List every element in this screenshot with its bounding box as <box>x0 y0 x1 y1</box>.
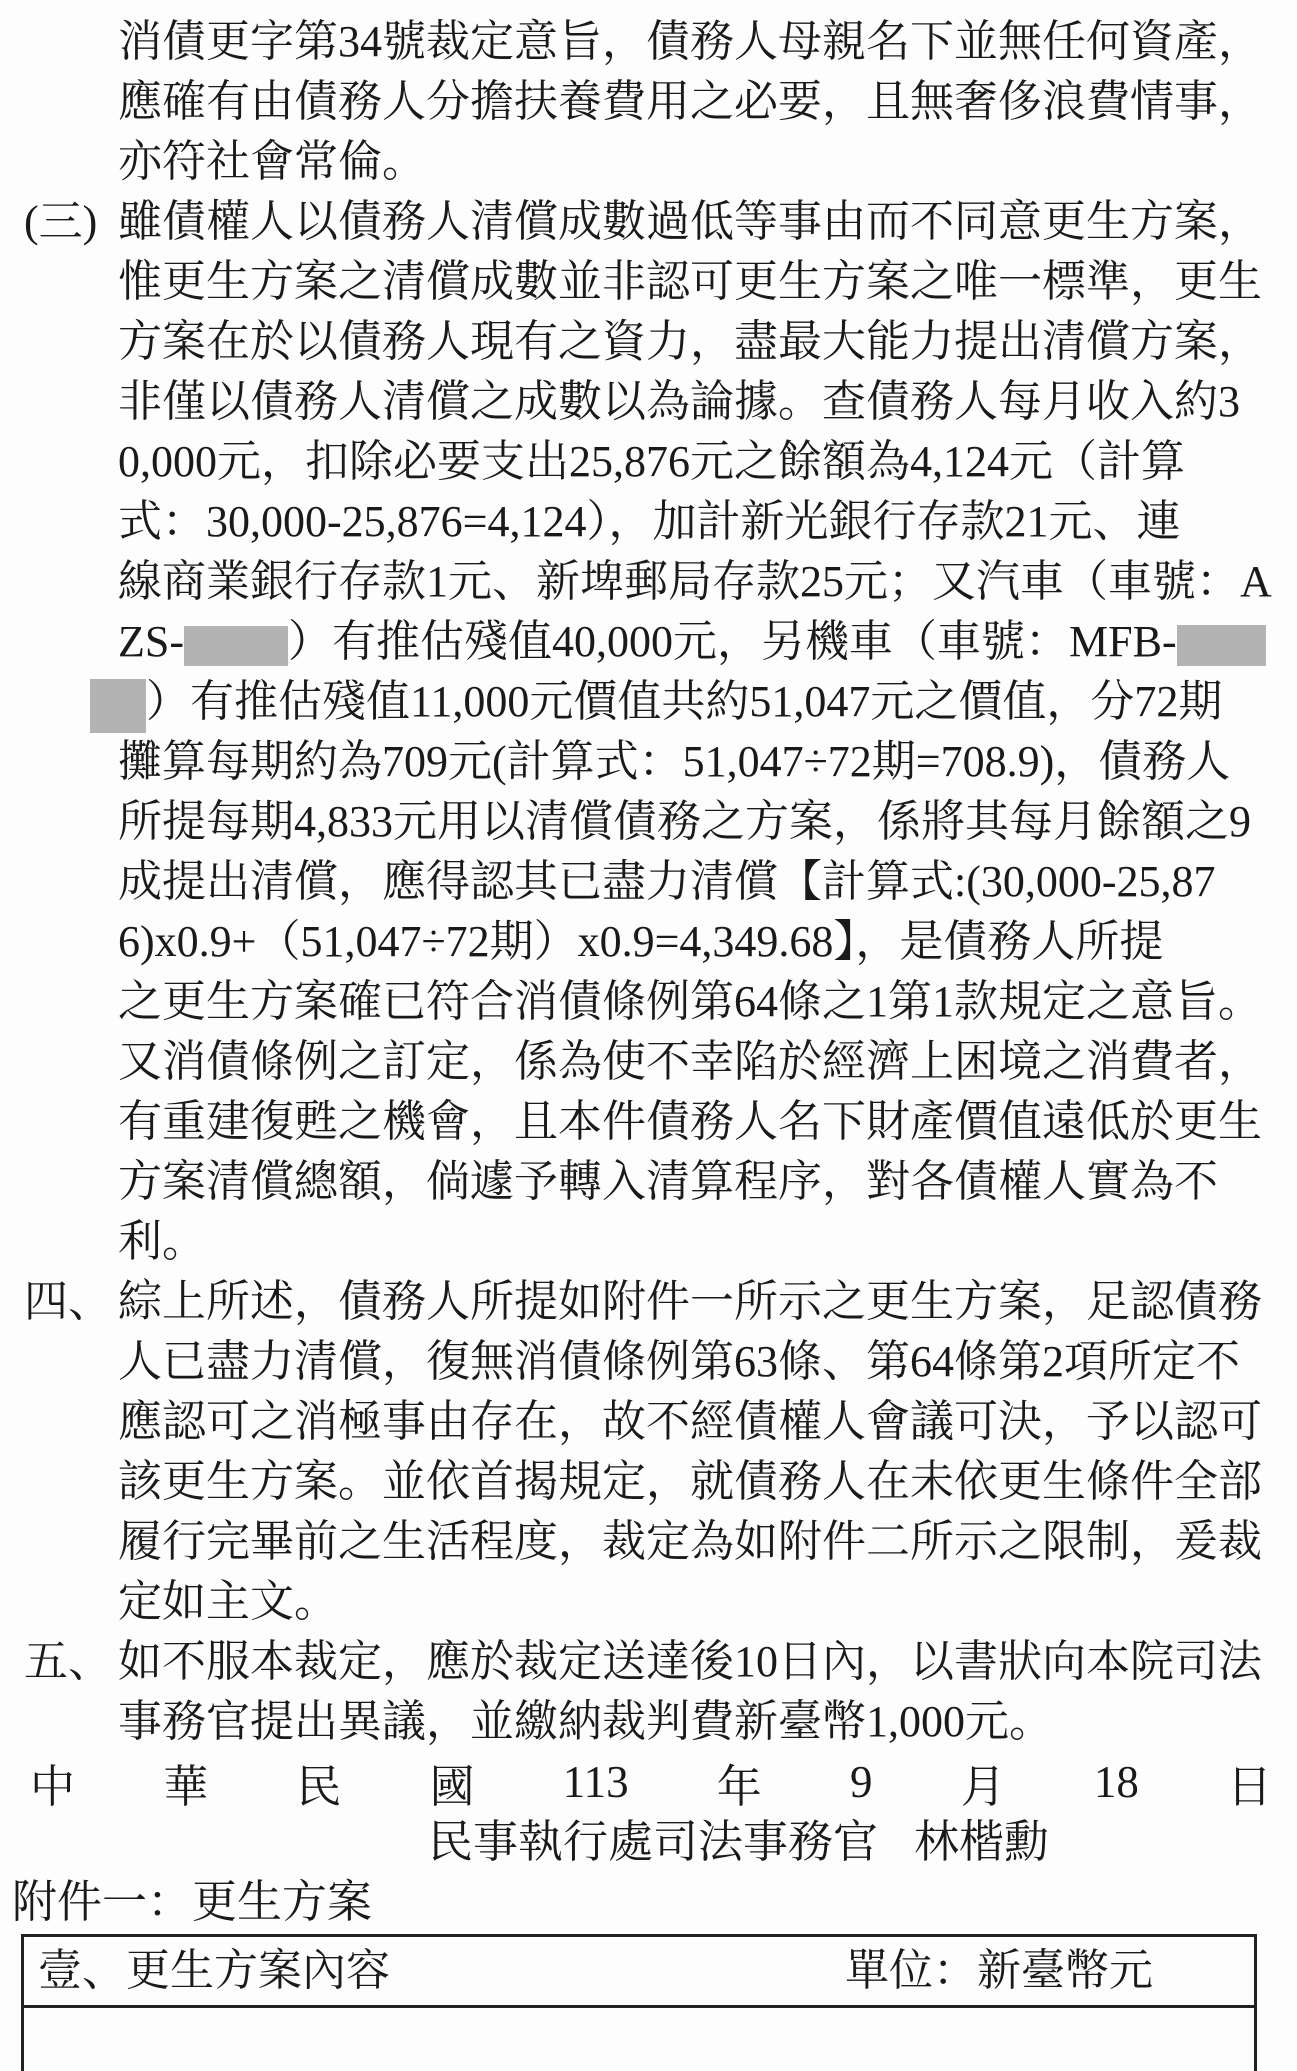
document-line: 方案清償總額，倘遽予轉入清算程序，對各債權人實為不 <box>0 1152 1297 1212</box>
line-text: 惟更生方案之清償成數並非認可更生方案之唯一標準，更生 <box>118 257 1262 306</box>
date-token: 民 <box>296 1750 341 1815</box>
date-line: 中華民國113年9月18日 <box>0 1752 1297 1812</box>
date-token: 月 <box>961 1750 1006 1815</box>
document-line: 0,000元，扣除必要支出25,876元之餘額為4,124元（計算 <box>0 432 1297 492</box>
attachment-table-empty-row <box>24 2008 1254 2071</box>
document-line: 五、如不服本裁定，應於裁定送達後10日內，以書狀向本院司法 <box>0 1632 1297 1692</box>
line-text: 雖債權人以債務人清償成數過低等事由而不同意更生方案， <box>118 197 1262 246</box>
document-line: 之更生方案確已符合消債條例第64條之1第1款規定之意旨。 <box>0 972 1297 1032</box>
line-text: ZS- <box>118 617 184 666</box>
line-text: 履行完畢前之生活程度，裁定為如附件二所示之限制，爰裁 <box>118 1517 1262 1566</box>
document-line: 四、綜上所述，債務人所提如附件一所示之更生方案，足認債務 <box>0 1272 1297 1332</box>
attachment-table-title: 壹、更生方案內容 <box>38 1946 390 1995</box>
document-line: 攤算每期約為709元(計算式：51,047÷72期=708.9)，債務人 <box>0 732 1297 792</box>
attachment-table-unit: 單位：新臺幣元 <box>845 1937 1153 2005</box>
date-token: 18 <box>1094 1756 1139 1808</box>
line-text: 如不服本裁定，應於裁定送達後10日內，以書狀向本院司法 <box>118 1637 1262 1686</box>
date-token: 年 <box>717 1750 762 1815</box>
signature-line: 民事執行處司法事務官林楷勳 <box>428 1812 1049 1872</box>
document-line: 定如主文。 <box>0 1572 1297 1632</box>
date-token: 中 <box>30 1750 75 1815</box>
attachment-table: 壹、更生方案內容 單位：新臺幣元 <box>21 1934 1257 2071</box>
line-text: 利。 <box>118 1217 206 1266</box>
document-line: 有重建復甦之機會，且本件債務人名下財產價值遠低於更生 <box>0 1092 1297 1152</box>
line-text: 攤算每期約為709元(計算式：51,047÷72期=708.9)，債務人 <box>118 737 1230 786</box>
document-line: ）有推估殘值11,000元價值共約51,047元之價值，分72期 <box>0 672 1297 732</box>
document-line: 該更生方案。並依首揭規定，就債務人在未依更生條件全部 <box>0 1452 1297 1512</box>
date-token: 國 <box>430 1750 475 1815</box>
redaction-box <box>90 679 146 733</box>
list-item-marker: 四、 <box>24 1272 112 1332</box>
line-text: 亦符社會常倫。 <box>118 137 426 186</box>
signature-title: 民事執行處司法事務官 <box>428 1817 878 1867</box>
document-line: 應認可之消極事由存在，故不經債權人會議可決，予以認可 <box>0 1392 1297 1452</box>
line-text: 應確有由債務人分擔扶養費用之必要，且無奢侈浪費情事， <box>118 77 1262 126</box>
document-line: 亦符社會常倫。 <box>0 132 1297 192</box>
document-line: 式：30,000-25,876=4,124），加計新光銀行存款21元、連 <box>0 492 1297 552</box>
line-text: 0,000元，扣除必要支出25,876元之餘額為4,124元（計算 <box>118 437 1185 486</box>
document-line: 成提出清償，應得認其已盡力清償【計算式:(30,000-25,87 <box>0 852 1297 912</box>
ruling-body-text: 消債更字第34號裁定意旨，債務人母親名下並無任何資產，應確有由債務人分擔扶養費用… <box>0 12 1297 1752</box>
list-item-marker: (三) <box>24 192 97 252</box>
list-item-marker: 五、 <box>24 1632 112 1692</box>
redaction-box <box>1177 625 1266 666</box>
document-line: 履行完畢前之生活程度，裁定為如附件二所示之限制，爰裁 <box>0 1512 1297 1572</box>
line-text: 式：30,000-25,876=4,124），加計新光銀行存款21元、連 <box>118 497 1180 546</box>
document-line: 利。 <box>0 1212 1297 1272</box>
line-text: 人已盡力清償，復無消債條例第63條、第64條第2項所定不 <box>118 1337 1240 1386</box>
date-token: 9 <box>850 1756 873 1808</box>
document-line: 所提每期4,833元用以清償債務之方案，係將其每月餘額之9 <box>0 792 1297 852</box>
document-line: 線商業銀行存款1元、新埤郵局存款25元；又汽車（車號：A <box>0 552 1297 612</box>
signature-name: 林楷勳 <box>914 1817 1049 1867</box>
court-ruling-page: 消債更字第34號裁定意旨，債務人母親名下並無任何資產，應確有由債務人分擔扶養費用… <box>0 0 1297 2071</box>
document-line: 事務官提出異議，並繳納裁判費新臺幣1,000元。 <box>0 1692 1297 1752</box>
line-text: 方案清償總額，倘遽予轉入清算程序，對各債權人實為不 <box>118 1157 1218 1206</box>
document-line: 又消債條例之訂定，係為使不幸陷於經濟上困境之消費者， <box>0 1032 1297 1092</box>
document-line: 消債更字第34號裁定意旨，債務人母親名下並無任何資產， <box>0 12 1297 72</box>
document-line: 非僅以債務人清償之成數以為論據。查債務人每月收入約3 <box>0 372 1297 432</box>
document-line: ZS-）有推估殘值40,000元，另機車（車號：MFB- <box>0 612 1297 672</box>
attachment-table-header-row: 壹、更生方案內容 單位：新臺幣元 <box>24 1937 1254 2008</box>
document-line: 惟更生方案之清償成數並非認可更生方案之唯一標準，更生 <box>0 252 1297 312</box>
document-line: 應確有由債務人分擔扶養費用之必要，且無奢侈浪費情事， <box>0 72 1297 132</box>
line-text: 事務官提出異議，並繳納裁判費新臺幣1,000元。 <box>118 1697 1053 1746</box>
document-line: 方案在於以債務人現有之資力，盡最大能力提出清償方案， <box>0 312 1297 372</box>
line-text: 成提出清償，應得認其已盡力清償【計算式:(30,000-25,87 <box>118 857 1216 906</box>
line-text: 方案在於以債務人現有之資力，盡最大能力提出清償方案， <box>118 317 1262 366</box>
redaction-box <box>184 626 288 666</box>
line-text: ）有推估殘值40,000元，另機車（車號：MFB- <box>288 617 1177 666</box>
line-text: 有重建復甦之機會，且本件債務人名下財產價值遠低於更生 <box>118 1097 1262 1146</box>
line-text: 綜上所述，債務人所提如附件一所示之更生方案，足認債務 <box>118 1277 1262 1326</box>
line-text: 應認可之消極事由存在，故不經債權人會議可決，予以認可 <box>118 1397 1262 1446</box>
line-text: 該更生方案。並依首揭規定，就債務人在未依更生條件全部 <box>118 1457 1262 1506</box>
line-text: 6)x0.9+（51,047÷72期）x0.9=4,349.68】，是債務人所提 <box>118 917 1163 966</box>
line-text: 非僅以債務人清償之成數以為論據。查債務人每月收入約3 <box>118 377 1240 426</box>
date-token: 113 <box>563 1756 629 1808</box>
date-token: 華 <box>163 1750 208 1815</box>
attachment-label: 附件一：更生方案 <box>12 1872 372 1932</box>
line-text: 又消債條例之訂定，係為使不幸陷於經濟上困境之消費者， <box>118 1037 1262 1086</box>
document-line: 6)x0.9+（51,047÷72期）x0.9=4,349.68】，是債務人所提 <box>0 912 1297 972</box>
document-line: 人已盡力清償，復無消債條例第63條、第64條第2項所定不 <box>0 1332 1297 1392</box>
line-text: 之更生方案確已符合消債條例第64條之1第1款規定之意旨。 <box>118 977 1262 1026</box>
document-line: (三)雖債權人以債務人清償成數過低等事由而不同意更生方案， <box>0 192 1297 252</box>
line-text: 消債更字第34號裁定意旨，債務人母親名下並無任何資產， <box>118 17 1262 66</box>
line-text: 定如主文。 <box>118 1577 338 1626</box>
date-token: 日 <box>1227 1750 1272 1815</box>
line-text: 所提每期4,833元用以清償債務之方案，係將其每月餘額之9 <box>118 797 1251 846</box>
line-text: ）有推估殘值11,000元價值共約51,047元之價值，分72期 <box>146 677 1222 726</box>
line-text: 線商業銀行存款1元、新埤郵局存款25元；又汽車（車號：A <box>118 557 1272 606</box>
